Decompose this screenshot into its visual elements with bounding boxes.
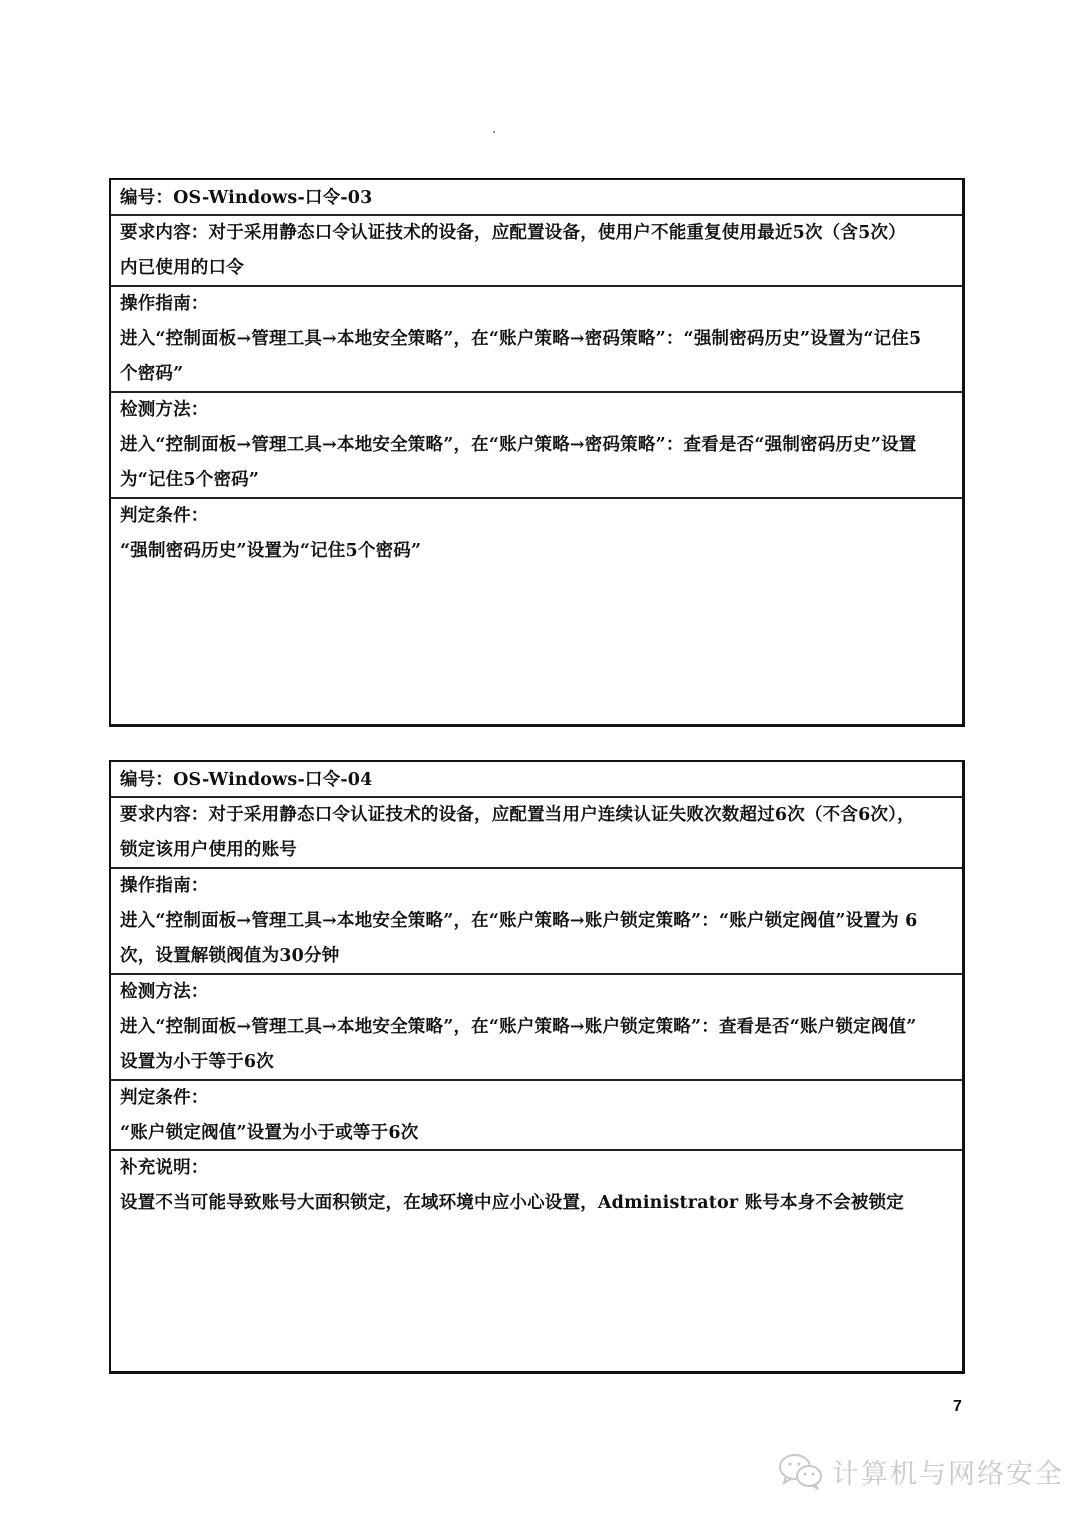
watermark-text: 计算机与网络安全 <box>832 1452 1064 1491</box>
note-text-line: 设置不当可能导致账号大面积锁定，在域环境中应小心设置，Administrator… <box>120 1186 954 1221</box>
detection-text-line: 进入“控制面板→管理工具→本地安全策略”，在“账户策略→账户锁定策略”：查看是否… <box>120 1010 954 1045</box>
id-row: 编号：OS-Windows-口令-04 <box>111 762 962 798</box>
requirement-text-line: 锁定该用户使用的账号 <box>120 833 954 868</box>
detection-row: 检测方法： 进入“控制面板→管理工具→本地安全策略”，在“账户策略→账户锁定策略… <box>111 975 962 1081</box>
spec-id: 编号：OS-Windows-口令-03 <box>120 180 954 214</box>
guide-heading: 操作指南： <box>120 869 954 904</box>
watermark: 计算机与网络安全 <box>778 1452 1064 1491</box>
requirement-text-line: 要求内容：对于采用静态口令认证技术的设备，应配置设备，使用户不能重复使用最近5次… <box>120 216 954 251</box>
guide-text-line: 进入“控制面板→管理工具→本地安全策略”，在“账户策略→账户锁定策略”：“账户锁… <box>120 904 954 939</box>
wechat-icon <box>778 1453 824 1491</box>
criteria-heading: 判定条件： <box>120 499 954 534</box>
guide-text-line: 进入“控制面板→管理工具→本地安全策略”，在“账户策略→密码策略”：“强制密码历… <box>120 322 954 357</box>
note-row: 补充说明： 设置不当可能导致账号大面积锁定，在域环境中应小心设置，Adminis… <box>111 1151 962 1371</box>
requirement-text-line: 内已使用的口令 <box>120 251 954 286</box>
scan-dot <box>493 131 495 133</box>
guide-heading: 操作指南： <box>120 287 954 322</box>
guide-row: 操作指南： 进入“控制面板→管理工具→本地安全策略”，在“账户策略→密码策略”：… <box>111 287 962 393</box>
criteria-row: 判定条件： “强制密码历史”设置为“记住5个密码” <box>111 499 962 724</box>
guide-text-line: 次，设置解锁阀值为30分钟 <box>120 939 954 974</box>
detection-row: 检测方法： 进入“控制面板→管理工具→本地安全策略”，在“账户策略→密码策略”：… <box>111 393 962 499</box>
requirement-row: 要求内容：对于采用静态口令认证技术的设备，应配置当用户连续认证失败次数超过6次（… <box>111 798 962 869</box>
guide-row: 操作指南： 进入“控制面板→管理工具→本地安全策略”，在“账户策略→账户锁定策略… <box>111 869 962 975</box>
note-heading: 补充说明： <box>120 1151 954 1186</box>
criteria-heading: 判定条件： <box>120 1081 954 1116</box>
criteria-text-line: “强制密码历史”设置为“记住5个密码” <box>120 534 954 569</box>
guide-text-line: 个密码” <box>120 357 954 392</box>
detection-heading: 检测方法： <box>120 975 954 1010</box>
spec-table-03: 编号：OS-Windows-口令-03 要求内容：对于采用静态口令认证技术的设备… <box>109 178 965 727</box>
requirement-text-line: 要求内容：对于采用静态口令认证技术的设备，应配置当用户连续认证失败次数超过6次（… <box>120 798 954 833</box>
spec-table-04: 编号：OS-Windows-口令-04 要求内容：对于采用静态口令认证技术的设备… <box>109 760 965 1374</box>
detection-text-line: 为“记住5个密码” <box>120 463 954 498</box>
page-number: 7 <box>953 1398 962 1416</box>
detection-text-line: 设置为小于等于6次 <box>120 1045 954 1080</box>
criteria-row: 判定条件： “账户锁定阀值”设置为小于或等于6次 <box>111 1081 962 1151</box>
detection-text-line: 进入“控制面板→管理工具→本地安全策略”，在“账户策略→密码策略”：查看是否“强… <box>120 428 954 463</box>
criteria-text-line: “账户锁定阀值”设置为小于或等于6次 <box>120 1116 954 1151</box>
spec-id: 编号：OS-Windows-口令-04 <box>120 762 954 796</box>
id-row: 编号：OS-Windows-口令-03 <box>111 180 962 216</box>
requirement-row: 要求内容：对于采用静态口令认证技术的设备，应配置设备，使用户不能重复使用最近5次… <box>111 216 962 287</box>
detection-heading: 检测方法： <box>120 393 954 428</box>
